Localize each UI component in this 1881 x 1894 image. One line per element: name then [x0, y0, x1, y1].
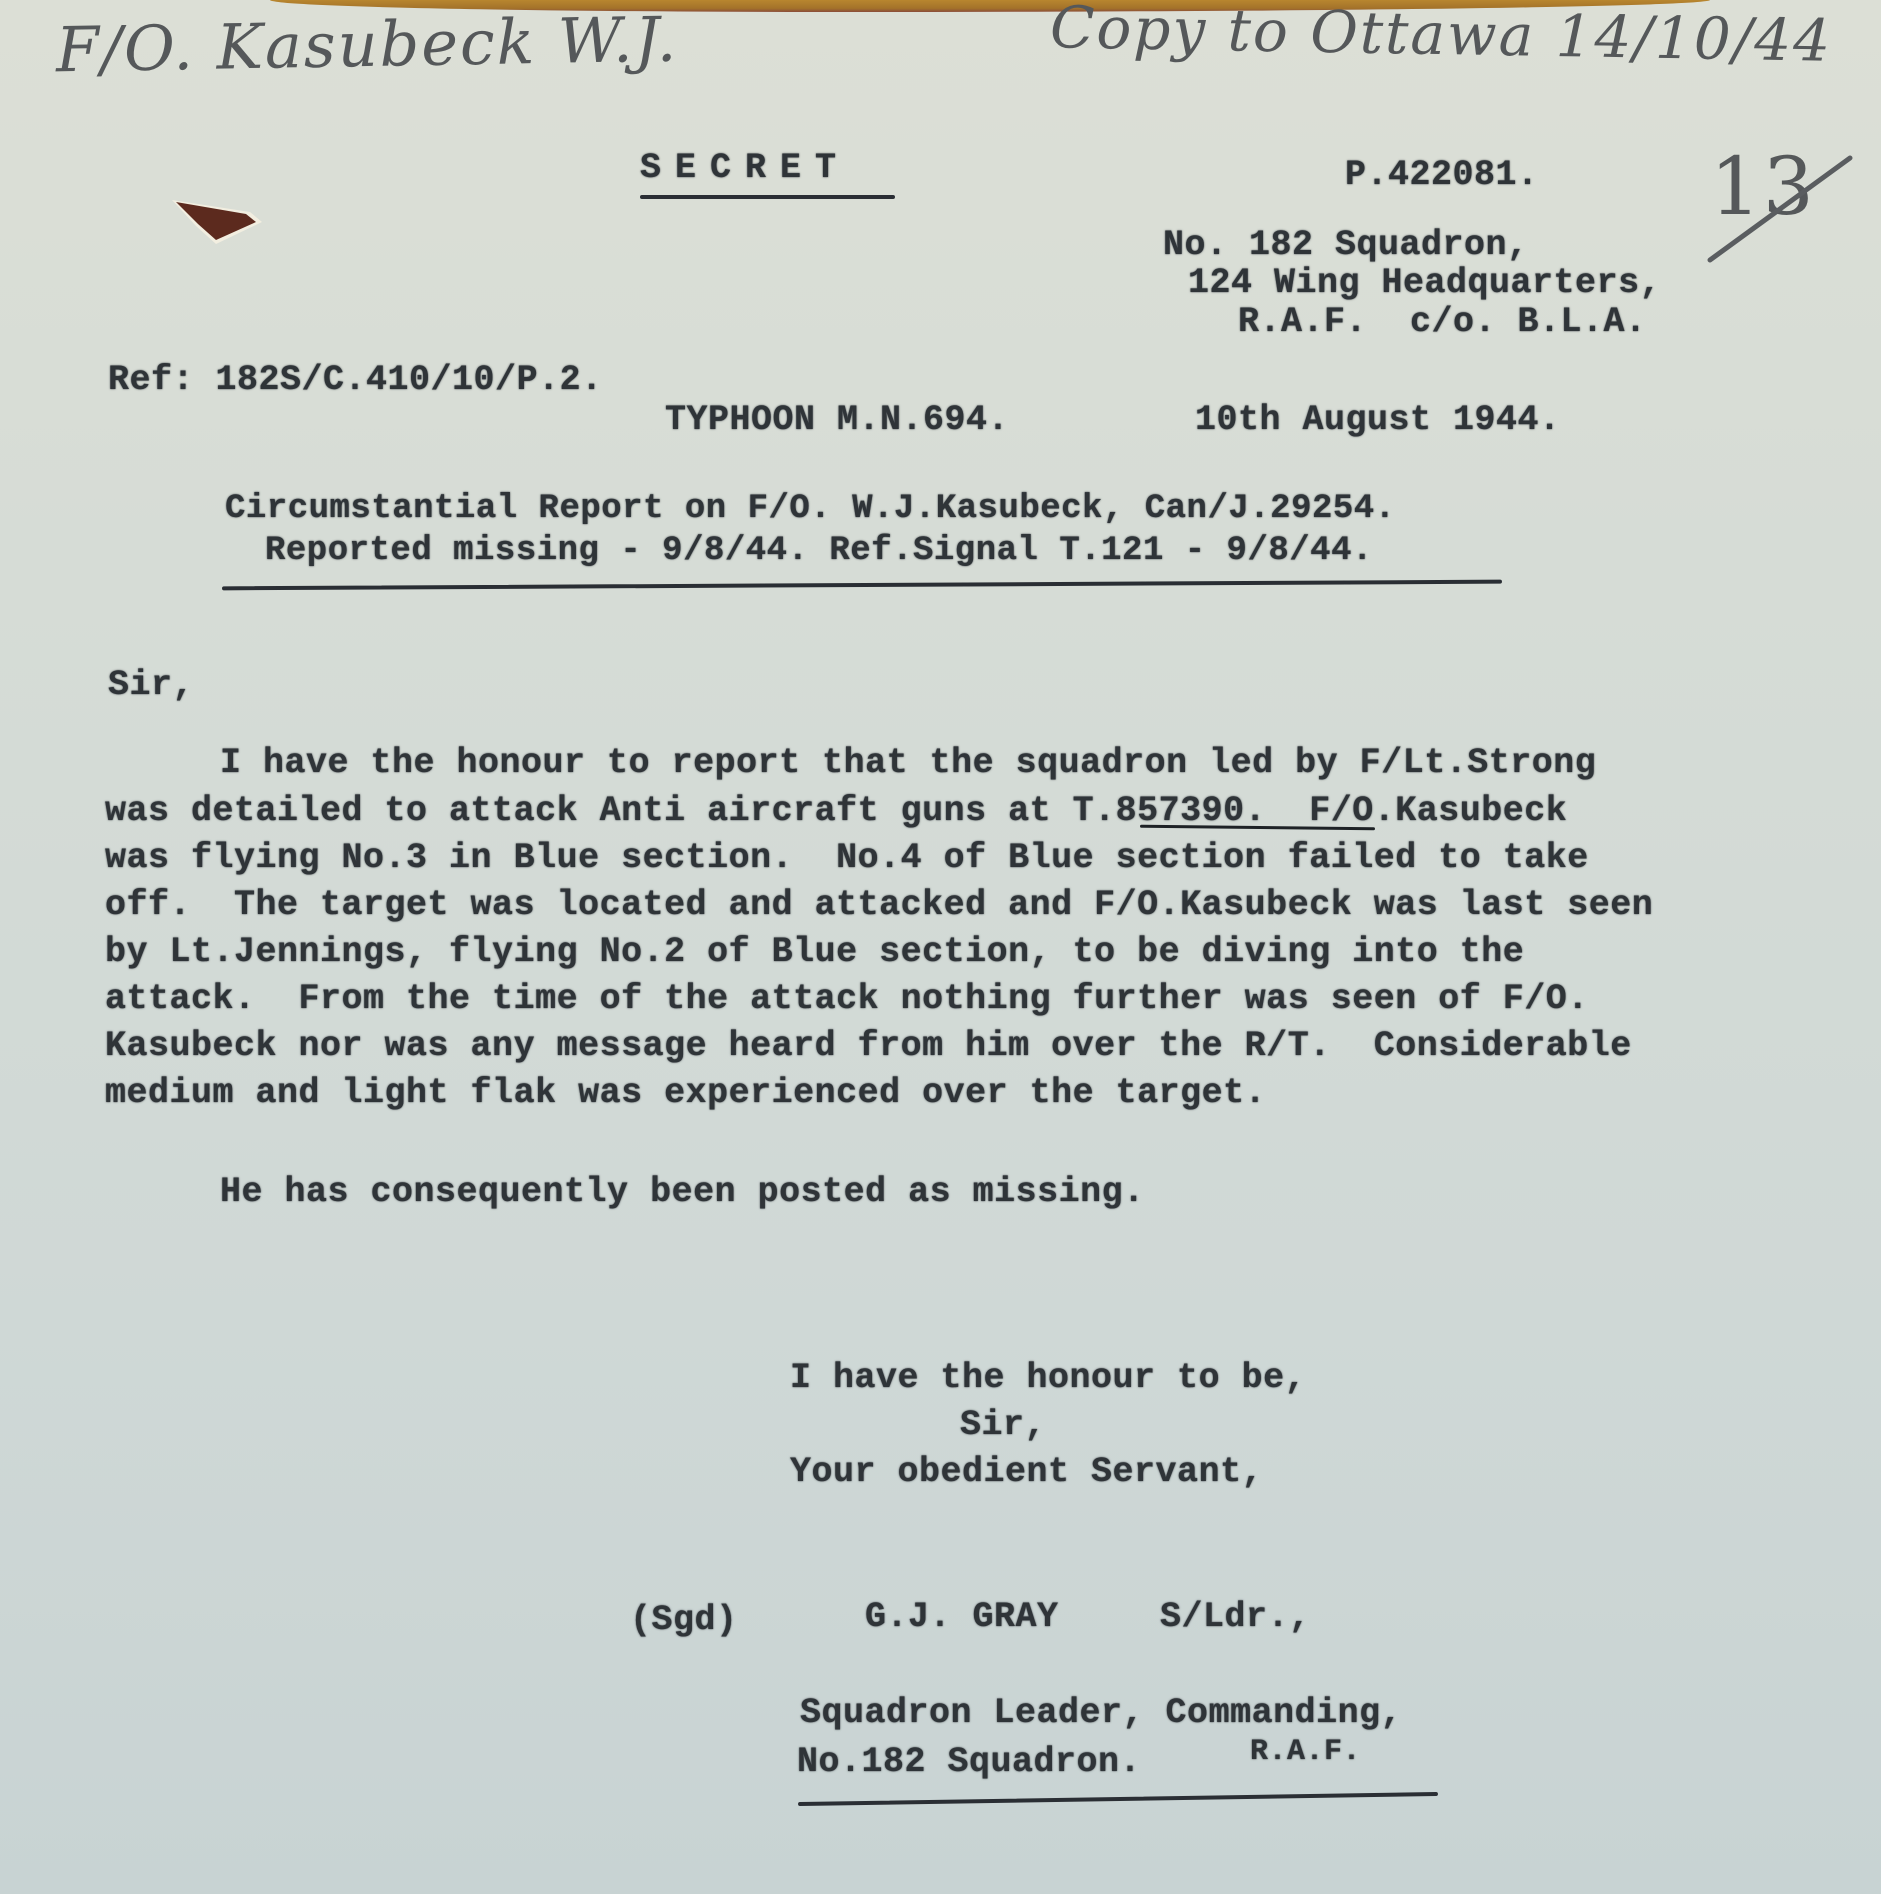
salutation: Sir, — [108, 665, 194, 705]
body-line-7: Kasubeck nor was any message heard from … — [105, 1026, 1632, 1066]
file-number: P.422081. — [1345, 155, 1539, 195]
body-line-8: medium and light flak was experienced ov… — [105, 1073, 1266, 1113]
signatory-service: R.A.F. — [1250, 1735, 1361, 1769]
body-line-6: attack. From the time of the attack noth… — [105, 979, 1589, 1019]
closing-line-3: Your obedient Servant, — [790, 1452, 1263, 1492]
classification-underline — [640, 195, 895, 199]
reference-number: Ref: 182S/C.410/10/P.2. — [108, 360, 603, 400]
handwritten-name-note: F/O. Kasubeck W.J. — [55, 3, 678, 87]
aircraft-serial: TYPHOON M.N.694. — [665, 400, 1009, 440]
handwritten-copy-note: Copy to Ottawa 14/10/44 — [1049, 0, 1832, 75]
document-date: 10th August 1944. — [1195, 400, 1561, 440]
address-line-2: 124 Wing Headquarters, — [1188, 263, 1661, 303]
body-line-3: was flying No.3 in Blue section. No.4 of… — [105, 838, 1589, 878]
signatory-rank: S/Ldr., — [1160, 1597, 1311, 1637]
document-page: F/O. Kasubeck W.J. Copy to Ottawa 14/10/… — [0, 0, 1881, 1894]
body-line-2: was detailed to attack Anti aircraft gun… — [105, 791, 1567, 831]
body-line-5: by Lt.Jennings, flying No.2 of Blue sect… — [105, 932, 1524, 972]
punch-hole-icon — [170, 196, 262, 246]
signatory-unit: No.182 Squadron. — [797, 1742, 1141, 1782]
address-line-1: No. 182 Squadron, — [1163, 225, 1529, 265]
folio-slash-mark — [1700, 150, 1860, 270]
subject-line-2: Reported missing - 9/8/44. Ref.Signal T.… — [265, 532, 1373, 570]
signed-marker: (Sgd) — [630, 1600, 738, 1640]
body-paragraph-2: He has consequently been posted as missi… — [220, 1172, 1145, 1212]
signatory-name: G.J. GRAY — [865, 1597, 1059, 1637]
signature-underline — [798, 1792, 1438, 1806]
closing-line-1: I have the honour to be, — [790, 1358, 1306, 1398]
signatory-title: Squadron Leader, Commanding, — [800, 1693, 1402, 1733]
classification-label: SECRET — [640, 148, 850, 188]
subject-line-1: Circumstantial Report on F/O. W.J.Kasube… — [225, 490, 1396, 528]
subject-underline — [222, 580, 1502, 591]
address-line-3: R.A.F. c/o. B.L.A. — [1238, 302, 1647, 342]
body-line-4: off. The target was located and attacked… — [105, 885, 1653, 925]
closing-line-2: Sir, — [960, 1405, 1046, 1445]
body-line-1: I have the honour to report that the squ… — [220, 743, 1596, 783]
